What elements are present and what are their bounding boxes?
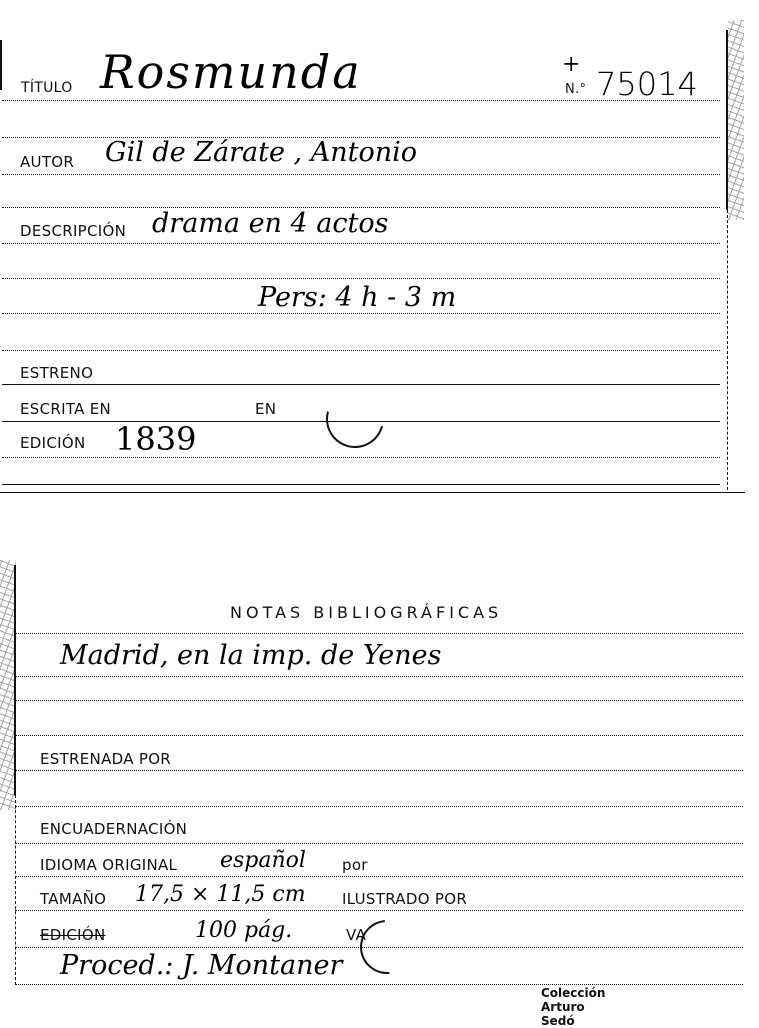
card-left-edge <box>0 40 2 90</box>
rule <box>15 676 743 677</box>
en-label: EN <box>255 400 276 418</box>
rule <box>2 484 720 485</box>
rule <box>2 313 720 314</box>
rule <box>15 770 743 771</box>
rule <box>2 243 720 244</box>
edicion-label: EDICIÓN <box>40 926 105 944</box>
numero-label: N.° <box>565 82 586 97</box>
rule <box>2 384 720 385</box>
estrenada-por-label: ESTRENADA POR <box>40 750 171 768</box>
card-right-edge <box>726 30 728 210</box>
procedencia-value: Proced.: J. Montaner <box>60 950 342 981</box>
descripcion-label: DESCRIPCIÓN <box>20 222 126 240</box>
stamp-circle <box>315 379 394 458</box>
coleccion-credit: Colección Arturo Sedó <box>541 986 605 1028</box>
rule <box>2 350 720 351</box>
por-label: por <box>342 856 368 874</box>
personajes-value: Pers: 4 h - 3 m <box>258 282 456 313</box>
tamano-value: 17,5 × 11,5 cm <box>135 882 306 907</box>
tamano-label: TAMAÑO <box>40 890 106 908</box>
rule <box>2 457 720 458</box>
card-left-edge-faint <box>15 795 16 985</box>
card-right-edge-faint <box>727 210 728 490</box>
idioma-label: IDIOMA ORIGINAL <box>40 856 177 874</box>
scan-noise-edge <box>728 20 744 220</box>
notas-value: Madrid, en la imp. de Yenes <box>60 640 442 671</box>
card-bottom-edge <box>0 492 745 493</box>
rule <box>15 984 743 985</box>
rule <box>15 735 743 736</box>
numero-mark: + <box>562 52 580 77</box>
estreno-label: ESTRENO <box>20 364 93 382</box>
notas-heading: NOTAS BIBLIOGRÁFICAS <box>230 603 502 622</box>
rule <box>15 633 743 634</box>
ilustrado-por-label: ILUSTRADO POR <box>342 890 467 908</box>
rule <box>15 876 743 877</box>
rule <box>2 174 720 175</box>
idioma-value: español <box>220 848 306 873</box>
rule <box>2 278 720 279</box>
titulo-value: Rosmunda <box>100 45 362 99</box>
encuadernacion-label: ENCUADERNACIÓN <box>40 820 187 838</box>
autor-label: AUTOR <box>20 153 74 171</box>
escrita-en-label: ESCRITA EN <box>20 400 111 418</box>
descripcion-value: drama en 4 actos <box>152 208 388 239</box>
edicion-label: EDICIÓN <box>20 434 85 452</box>
edicion-value: 100 pág. <box>195 918 292 943</box>
autor-value: Gil de Zárate , Antonio <box>105 137 417 168</box>
rule <box>15 700 743 701</box>
card-left-edge <box>14 565 16 795</box>
stamp-circle <box>349 909 425 985</box>
edicion-value: 1839 <box>115 420 196 458</box>
titulo-label: TÍTULO <box>21 80 73 96</box>
rule <box>15 910 743 911</box>
numero-value: 75014 <box>596 65 698 103</box>
rule <box>15 806 743 807</box>
rule <box>15 843 743 844</box>
